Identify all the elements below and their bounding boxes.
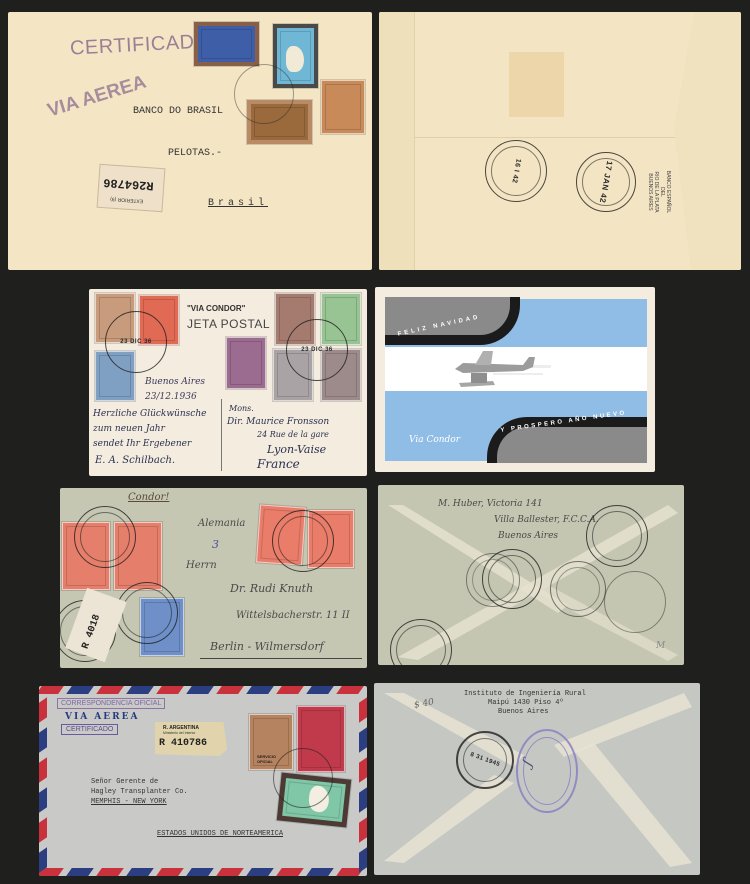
cover-2-front: Condor! R 4018 Alemania 3 Herrn Dr. Rudi… [60, 488, 367, 668]
imprint-line: BUENOS AIRES [647, 142, 653, 242]
airmail-stripe [216, 686, 244, 694]
airmail-stripe [336, 686, 364, 694]
imprint-line: BANCO ESPAÑOL [665, 142, 671, 242]
postmark-new-york: 8 31 1945 [456, 731, 514, 789]
postmark-villa-ballester [74, 506, 136, 568]
via-aerea-handstamp: VIA AEREA [65, 712, 139, 722]
sender-imprint-line: Instituto de Ingeniería Rural [464, 690, 586, 698]
message-signature: E. A. Schilbach. [95, 455, 175, 466]
registration-label: R264786 EXTERIOR (9) [97, 164, 166, 212]
airmail-stripe [306, 868, 334, 876]
postmark-berlin [550, 561, 606, 617]
airmail-stripe [39, 697, 47, 723]
certificada-handstamp: CERTIFICADA [69, 30, 208, 60]
addressee-name: BANCO DO BRASIL [133, 106, 223, 117]
postcard-back: FELIZ NAVIDAD Y PROSPERO AÑO NUEVO Via C… [375, 287, 655, 472]
address-city: Berlin - Wilmersdorf [210, 640, 324, 653]
airmail-stripe [359, 787, 367, 813]
map-island [286, 46, 304, 72]
registration-subheader: Ministerio del Interior [163, 731, 195, 735]
cover-1-front: CERTIFICADA VIA AEREA BANCO DO BRASIL PE… [8, 12, 372, 270]
registration-number: R 410786 [159, 738, 207, 749]
message-line: Herzliche Glückwünsche [93, 409, 206, 419]
address-line: Herrn [186, 560, 217, 571]
cover-3-front: CORRESPONDENCIA OFICIAL VIA AEREA CERTIF… [39, 686, 367, 876]
sender-imprint-line: Maipú 1430 Piso 4º [488, 699, 564, 707]
airmail-stripe [359, 847, 367, 873]
postcard-header-2: JETA POSTAL [187, 317, 270, 331]
stamp-ghost [509, 52, 564, 117]
message-date: 23/12.1936 [145, 392, 197, 402]
airmail-stripe [39, 727, 47, 753]
sender-line: Buenos Aires [498, 531, 558, 541]
airmail-stripe [96, 686, 124, 694]
address-city: Lyon-Vaise [267, 443, 326, 456]
postmark-buenos-aires [604, 571, 666, 633]
divider-line [221, 399, 222, 471]
right-flap [674, 12, 741, 270]
address-line: Señor Gerente de [91, 778, 158, 786]
airmail-stripe [246, 868, 274, 876]
address-line: Mons. [229, 404, 254, 413]
airmail-stripe [39, 757, 47, 783]
registration-number: R 4018 [81, 613, 104, 651]
postmark-berlin [466, 553, 520, 607]
airmail-stripe [359, 757, 367, 783]
airmail-stripe [359, 727, 367, 753]
airmail-stripe [246, 686, 274, 694]
address-country: ESTADOS UNIDOS DE NORTEAMERICA [157, 830, 283, 838]
cover-2-back: M. Huber, Victoria 141 Villa Ballester, … [378, 485, 684, 665]
addressee-country: Brasil [208, 198, 268, 209]
airmail-stripe [126, 686, 154, 694]
message-place: Buenos Aires [145, 377, 205, 387]
airmail-stripe [186, 868, 214, 876]
address-city: MEMPHIS - NEW YORK [91, 798, 167, 806]
via-condor-logo: Via Condor [409, 435, 460, 445]
postcard-header-1: "VIA CONDOR" [187, 304, 245, 313]
airmail-stripe [276, 868, 304, 876]
sender-line: M. Huber, Victoria 141 [438, 499, 543, 509]
cover-1-back: BANCO ESPAÑOL DEL RIO DE LA PLATA BUENOS… [379, 12, 741, 270]
postcard-front: "VIA CONDOR" JETA POSTAL 23 DIC 36 23 DI… [89, 289, 367, 476]
airmail-stripe [156, 868, 184, 876]
sender-imprint-line: Buenos Aires [498, 708, 548, 716]
cover-3-back: Instituto de Ingeniería Rural Maipú 1430… [374, 683, 700, 875]
addressee-city: PELOTAS.- [168, 148, 222, 159]
message-line: zum neuen Jahr [93, 424, 165, 434]
airmail-stripe [39, 686, 64, 694]
route-note: Condor! [128, 492, 169, 503]
postmark-via-aerea: 23 DIC 36 [105, 311, 167, 373]
postmark-via-aerea: 23 DIC 36 [286, 319, 348, 381]
numeral-note: 3 [212, 538, 219, 551]
airmail-stripe [216, 868, 244, 876]
registration-number: R264786 [103, 175, 154, 192]
stamp [321, 80, 365, 134]
registration-caption: EXTERIOR (9) [110, 196, 143, 204]
airmail-stripe [276, 686, 304, 694]
sender-line: Villa Ballester, F.C.C.A. [494, 515, 599, 525]
airmail-stripe [39, 817, 47, 843]
airmail-stripe [126, 868, 154, 876]
imprint-line: RIO DE LA PLATA [653, 142, 659, 242]
registration-label: R 4018 [65, 588, 126, 663]
sender-imprint: BANCO ESPAÑOL DEL RIO DE LA PLATA BUENOS… [647, 142, 671, 242]
postmark-correio-aereo: 16 I 42 [485, 140, 547, 202]
stamp [194, 22, 259, 66]
registration-label: R. ARGENTINA Ministerio del Interior R 4… [155, 722, 227, 756]
stamp [226, 337, 266, 389]
address-line: Dir. Maurice Fronsson [227, 417, 329, 427]
bottom-flap-line [415, 137, 675, 138]
address-line: 24 Rue de la gare [257, 430, 329, 439]
message-line: sendet Ihr Ergebener [93, 439, 191, 449]
left-flap [379, 12, 415, 270]
airmail-stripe [66, 868, 94, 876]
postmark-buenos-aires [273, 748, 333, 808]
airmail-stripe [359, 697, 367, 723]
correspondencia-oficial-handstamp: CORRESPONDENCIA OFICIAL [57, 698, 165, 709]
postmark-recife: 17 JAN 42 [576, 152, 636, 212]
postmark-villa-ballester [586, 505, 648, 567]
airmail-stripe [186, 686, 214, 694]
address-line: Hagley Transplanter Co. [91, 788, 188, 796]
postmark-villa-ballester [116, 582, 178, 644]
airmail-stripe [39, 787, 47, 813]
airmail-stripe [359, 817, 367, 843]
airplane-icon [453, 347, 553, 393]
imprint-line: DEL [659, 142, 665, 242]
postmark-villa-ballester [272, 510, 334, 572]
official-seal-inner [523, 737, 571, 805]
address-line: Wittelsbacherstr. 11 II [236, 610, 350, 621]
underline [200, 658, 362, 659]
pencil-note: M [656, 641, 665, 651]
official-seal: ʃ [516, 729, 578, 813]
certificado-handstamp: CERTIFICADO [61, 724, 118, 735]
postmark [234, 64, 294, 124]
country-note: Alemania [198, 518, 245, 529]
airmail-stripe [96, 868, 124, 876]
address-country: France [257, 457, 300, 471]
airmail-stripe [306, 686, 334, 694]
airmail-stripe [66, 686, 94, 694]
airmail-stripe [156, 686, 184, 694]
address-line: Dr. Rudi Knuth [230, 582, 313, 595]
